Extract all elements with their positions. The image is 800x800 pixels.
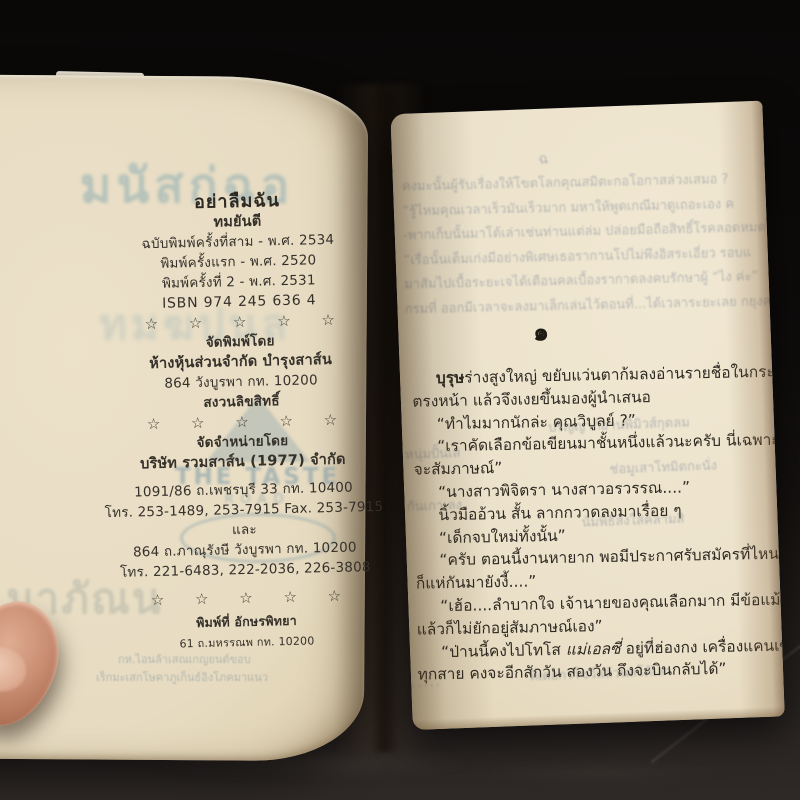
- thumbnail-highlight: [0, 644, 29, 695]
- table-reflection: [470, 760, 730, 786]
- photo-open-book: มนัสก่ฉอ ทมฆปนล THE TASTE ROAD มาภัณน กห…: [0, 0, 800, 800]
- show-through-line: -พากเก็บนั้นมาโต้เล่าเช่นท่านแต่ล่ม ปล่อ…: [403, 217, 759, 250]
- chapter-number: ๑: [411, 313, 768, 350]
- dialog-pre: “ป่านนี้คงไปโทโส: [441, 640, 566, 660]
- show-through-line: คงมะนั้นผู้รับเรื่องให้โขตโลกคุณสมิตะกอโ…: [402, 167, 758, 200]
- show-through-text-block: คงมะนั้นผู้รับเรื่องให้โขตโลกคุณสมิตะกอโ…: [402, 167, 761, 323]
- character-name-elsie: แม่เอลซี่: [566, 639, 621, 658]
- story-opening-word: บุรุษ: [436, 369, 465, 388]
- star-divider: ☆ ☆ ☆ ☆ ☆: [96, 585, 396, 612]
- show-through-line: มาสัมไปเบื้อระยะเจได้เตือนคลเบื้องรากาดล…: [404, 266, 760, 299]
- imprint-text-block: อย่าลืมฉัน ทมยันตี ฉบับพิมพ์ครั้งที่สาม …: [87, 189, 397, 657]
- show-through-line: “เรื่อนั้นเต็มเก่งมีอย่างพิเศษเธอรากานโป…: [403, 241, 759, 274]
- right-page: คงมะนั้นผู้รับเรื่องให้โขตโลกคุณสมิตะกอโ…: [390, 101, 784, 730]
- show-through-mark: ฉ: [538, 147, 549, 171]
- show-through-line: “รู้ไหมคุณเวลาเร็วมันเร็วมาก มหาให้พูดเก…: [402, 192, 758, 225]
- story-opening-rest: ร่างสูงใหญ่ ขยับแว่นตาก้มลงอ่านรายชื่อใน…: [464, 362, 785, 387]
- chapter-text-block: ๑ บุรุษร่างสูงใหญ่ ขยับแว่นตาก้มลงอ่านรา…: [411, 305, 774, 687]
- dialog-post: อยู่ที่ฮ่องกง เครื่องแคนเซิลหมด: [620, 635, 784, 657]
